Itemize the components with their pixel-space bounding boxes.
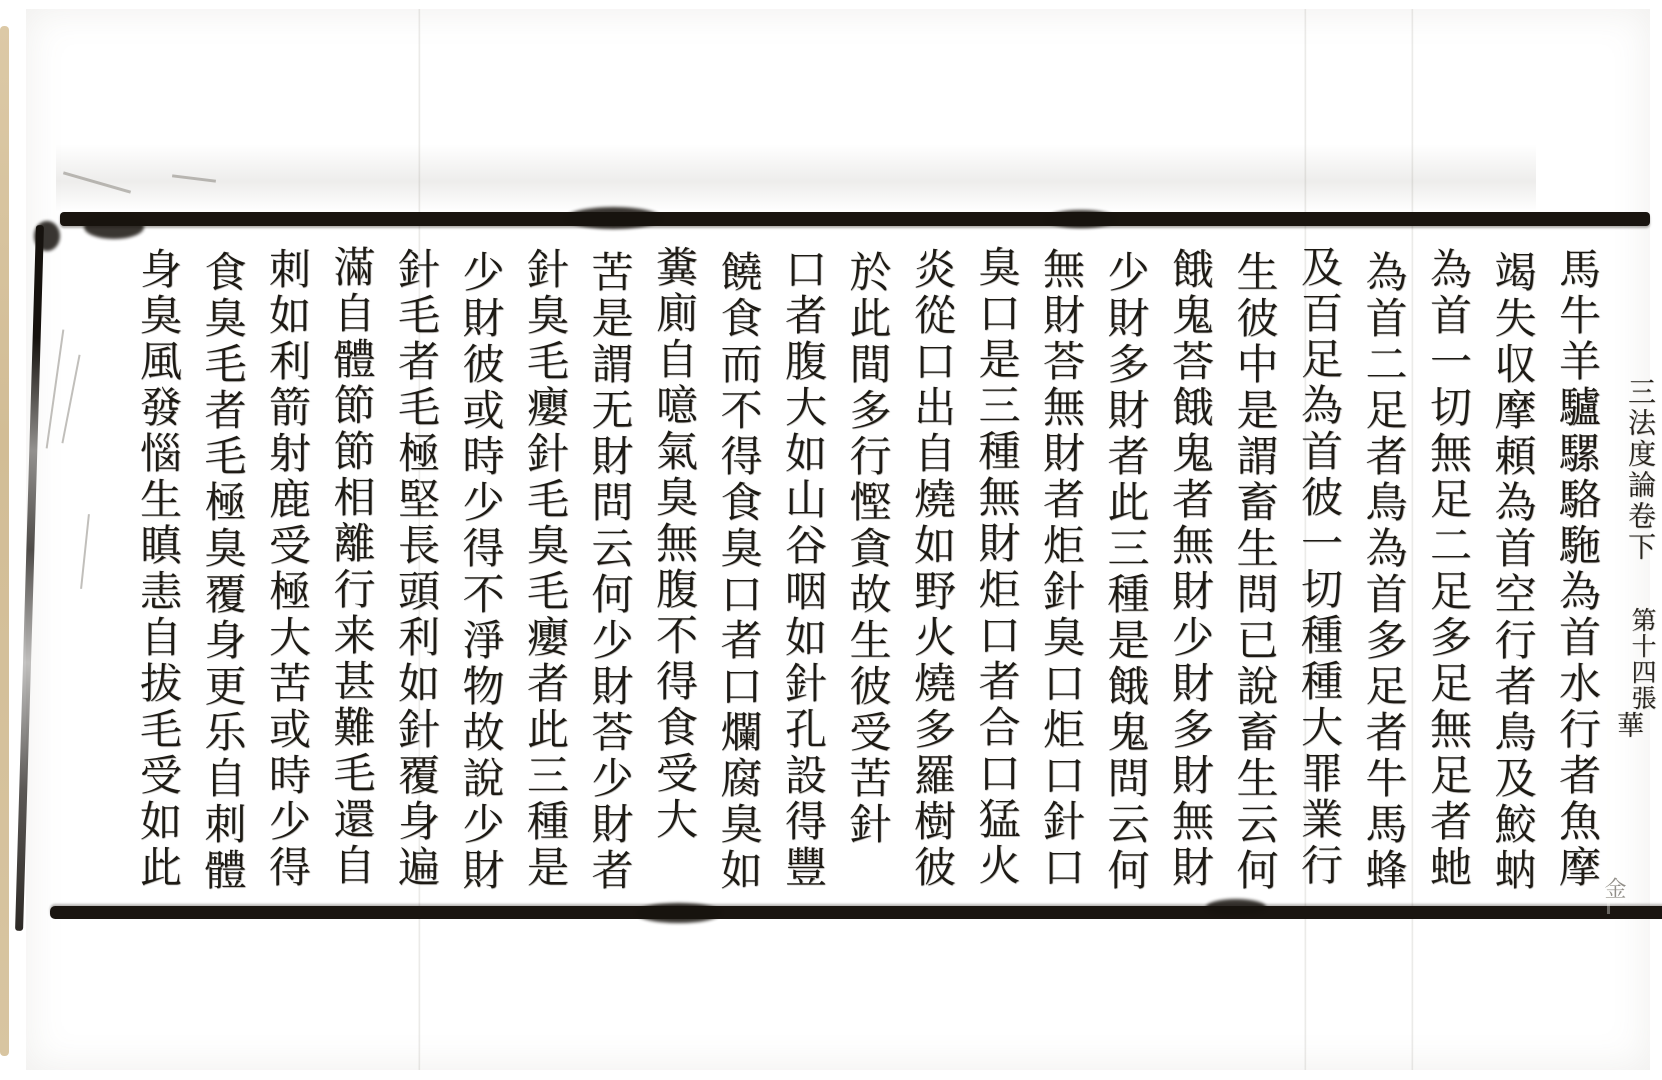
- scratch-mark: [46, 329, 65, 448]
- text-column: 於此間多行慳貪故生彼受苦針: [845, 250, 889, 910]
- text-column: 炎從口出自燒如野火燒多羅樹彼: [909, 247, 953, 907]
- edge-mark: 金: [1598, 877, 1629, 899]
- text-column: 餓鬼荅餓鬼者無財少財多財無財: [1167, 247, 1211, 907]
- text-column: 為首二足者鳥為首多足者牛馬蜂: [1361, 250, 1405, 910]
- text-column: 食臭毛者毛極臭覆身更乐自刺體: [200, 250, 244, 910]
- text-column: 少財彼或時少得不淨物故說少財: [458, 250, 502, 910]
- text-column: 及百足為首彼一切種種大罪業行: [1296, 245, 1340, 905]
- ink-wash: [56, 144, 1536, 212]
- text-column: 少財多財者此三種是餓鬼問云何: [1103, 250, 1147, 910]
- text-column: 滿自體節節相離行来甚難毛還自: [329, 245, 373, 905]
- scanned-page: 馬牛羊驢騾駱駞為首水行者魚摩竭失収摩頼為首空行者鳥及鮫蚋為首一切無足二足多足無足…: [0, 0, 1662, 1080]
- text-columns: 馬牛羊驢騾駱駞為首水行者魚摩竭失収摩頼為首空行者鳥及鮫蚋為首一切無足二足多足無足…: [135, 247, 1598, 907]
- frame-border-left: [15, 225, 44, 931]
- paper-sheet: 馬牛羊驢騾駱駞為首水行者魚摩竭失収摩頼為首空行者鳥及鮫蚋為首一切無足二足多足無足…: [26, 9, 1650, 1070]
- frame-border-top: [60, 212, 1650, 226]
- text-column: 臭口是三種無財炬口者合口猛火: [974, 245, 1018, 905]
- ink-blob: [34, 221, 60, 251]
- book-edge: [0, 26, 9, 1056]
- text-column: 針臭毛癭針毛臭毛癭者此三種是: [522, 247, 566, 907]
- text-column: 饒食而不得食臭口者口爛腐臭如: [716, 250, 760, 910]
- text-column: 馬牛羊驢騾駱駞為首水行者魚摩: [1554, 247, 1598, 907]
- text-column: 針毛者毛極堅長頭利如針覆身遍: [393, 247, 437, 907]
- ink-blob: [566, 207, 661, 229]
- text-column: 竭失収摩頼為首空行者鳥及鮫蚋: [1490, 250, 1534, 910]
- text-column: 無財荅無財者炬針臭口炬口針口: [1038, 247, 1082, 907]
- margin-sheet-number: 第十四張: [1630, 607, 1655, 711]
- text-column: 身臭風發惱生瞋恚自拔毛受如此: [135, 247, 179, 907]
- ink-blob: [1046, 210, 1116, 228]
- text-column: 生彼中是謂畜生問已說畜生云何: [1232, 250, 1276, 910]
- text-column: 苦是謂无財問云何少財荅少財者: [587, 250, 631, 910]
- scratch-mark: [61, 355, 80, 444]
- text-column: 口者腹大如山谷咽如針孔設得豐: [780, 247, 824, 907]
- scratch-mark: [80, 514, 90, 589]
- margin-volume-title: 三法度論卷下: [1626, 377, 1654, 563]
- text-column: 刺如利箭射鹿受極大苦或時少得: [264, 247, 308, 907]
- text-column: 糞廁自噫氣臭無腹不得食受大: [651, 245, 695, 905]
- text-column: 為首一切無足二足多足無足者虵: [1425, 247, 1469, 907]
- ink-blob: [84, 215, 144, 239]
- margin-case-mark: 華: [1614, 711, 1641, 738]
